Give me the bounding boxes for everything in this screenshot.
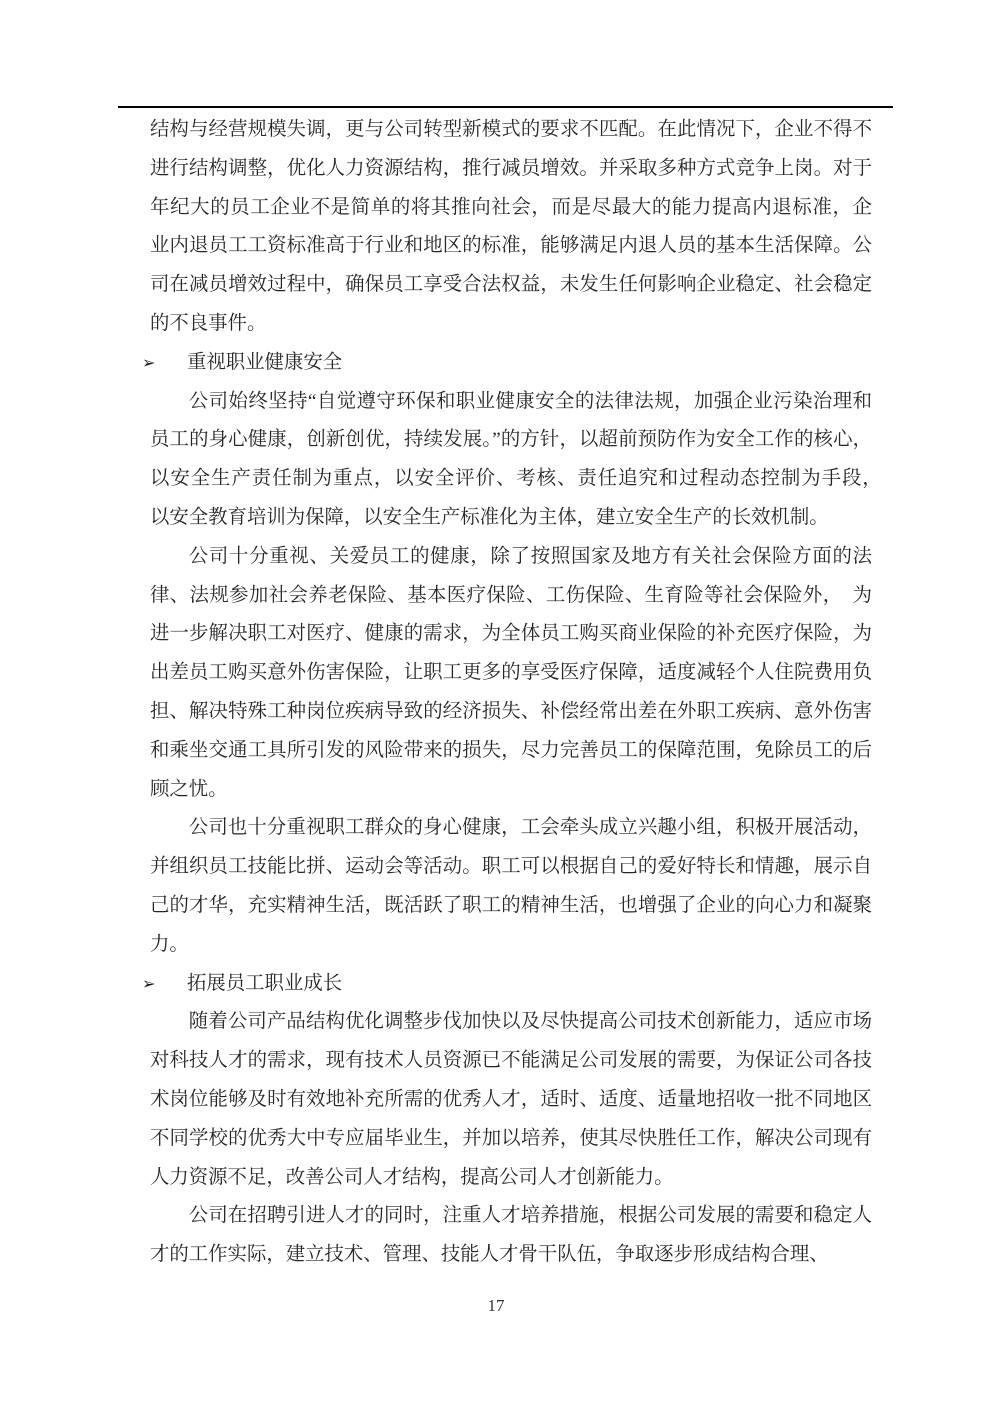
paragraph: 公司在招聘引进人才的同时，注重人才培养措施，根据公司发展的需要和稳定人才的工作实… — [150, 1197, 872, 1275]
bullet-heading: 重视职业健康安全 — [187, 352, 342, 373]
document-page: 结构与经营规模失调，更与公司转型新模式的要求不匹配。在此情况下，企业不得不进行结… — [0, 0, 992, 1403]
bullet-heading: 拓展员工职业成长 — [187, 973, 342, 994]
paragraph: 结构与经营规模失调，更与公司转型新模式的要求不匹配。在此情况下，企业不得不进行结… — [150, 111, 872, 344]
paragraph: 公司十分重视、关爱员工的健康，除了按照国家及地方有关社会保险方面的法律、法规参加… — [150, 538, 872, 810]
arrow-bullet-icon: ➢ — [142, 344, 187, 383]
page-number: 17 — [0, 1296, 992, 1316]
paragraph: 公司始终坚持“自觉遵守环保和职业健康安全的法律法规，加强企业污染治理和员工的身心… — [150, 383, 872, 538]
document-body: 结构与经营规模失调，更与公司转型新模式的要求不匹配。在此情况下，企业不得不进行结… — [150, 111, 872, 1275]
arrow-bullet-icon: ➢ — [142, 965, 187, 1004]
paragraph: 随着公司产品结构优化调整步伐加快以及尽快提高公司技术创新能力，适应市场对科技人才… — [150, 1003, 872, 1197]
bullet-item: ➢重视职业健康安全 — [142, 344, 872, 383]
bullet-item: ➢拓展员工职业成长 — [142, 965, 872, 1004]
header-rule — [118, 106, 893, 108]
paragraph: 公司也十分重视职工群众的身心健康，工会牵头成立兴趣小组，积极开展活动，并组织员工… — [150, 809, 872, 964]
